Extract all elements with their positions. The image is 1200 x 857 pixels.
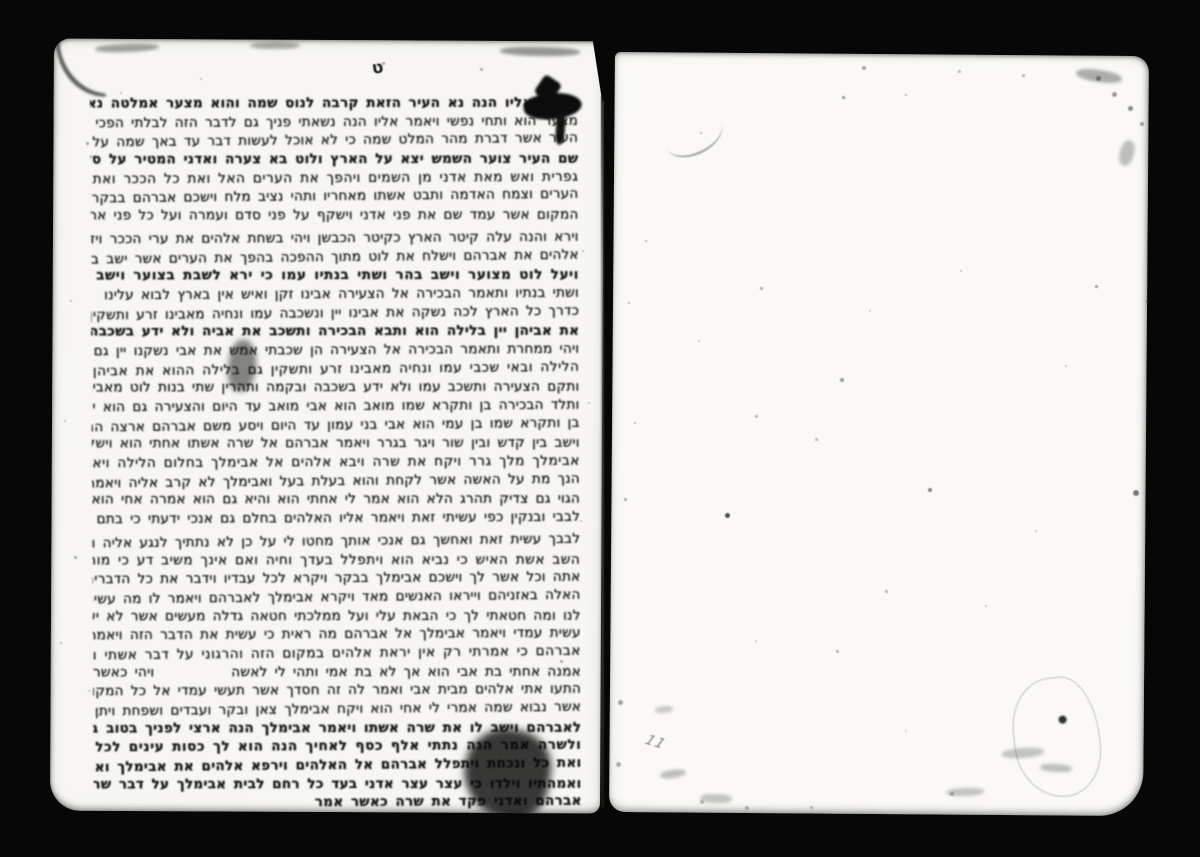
handwritten-text-block: ויאמר אליו הנה נא העיר הזאת קרבה לנוס שמ… bbox=[90, 93, 582, 814]
speck bbox=[1128, 106, 1133, 111]
speck bbox=[700, 132, 702, 134]
speck bbox=[1095, 285, 1098, 288]
speck bbox=[1133, 490, 1139, 496]
speck bbox=[634, 422, 636, 424]
text-line: אשר נבוא שמה אמרי לי אחי הוא ויקח אבימלך… bbox=[93, 698, 581, 721]
speck bbox=[928, 488, 932, 492]
text-line: וישב בין קדש ובין שור ויגר בגרר ויאמר אב… bbox=[92, 434, 580, 454]
text-line: לבבי ובנקין כפי עשיתי זאת ויאמר אליו האל… bbox=[92, 508, 580, 529]
text-line: ותקם הצעירה ותשכב עמו ולא ידע בשכבה ובקמ… bbox=[91, 378, 579, 398]
speck bbox=[760, 287, 763, 290]
speck bbox=[60, 642, 62, 644]
speck bbox=[88, 690, 90, 692]
speck bbox=[1140, 122, 1144, 126]
text-line: הגוי גם צדיק תהרג הלא הוא אמר לי אחתי הו… bbox=[92, 490, 580, 510]
text-line: אברהם כי אמרתי רק אין יראת אלהים במקום ה… bbox=[93, 642, 581, 665]
speck bbox=[86, 142, 89, 145]
speck bbox=[582, 250, 584, 252]
speck bbox=[1146, 300, 1149, 303]
speck bbox=[645, 240, 647, 242]
speck bbox=[1065, 365, 1067, 367]
speck bbox=[1035, 530, 1037, 532]
speck bbox=[725, 513, 730, 518]
speck bbox=[885, 590, 888, 593]
speck bbox=[382, 62, 385, 65]
speck bbox=[842, 96, 845, 99]
speck bbox=[74, 556, 77, 559]
speck bbox=[616, 762, 621, 767]
right-blank-page: 11 bbox=[609, 52, 1149, 816]
text-line: השב אשת האיש כי נביא הוא ויתפלל בעדך וחי… bbox=[92, 550, 580, 570]
text-line: אמנה אחתי בת אבי הוא אך לא בת אמי ותהי ל… bbox=[93, 662, 581, 682]
speck bbox=[120, 92, 122, 94]
speck bbox=[862, 66, 866, 70]
gutter-fold-line bbox=[601, 96, 604, 808]
text-line: את אביהן יין בלילה הוא ותבא הבכירה ותשכב… bbox=[91, 322, 579, 342]
speck bbox=[810, 806, 813, 809]
speck bbox=[960, 270, 962, 272]
speck bbox=[480, 68, 483, 71]
smear bbox=[250, 42, 300, 49]
speck bbox=[905, 94, 907, 96]
speck bbox=[905, 730, 907, 732]
folio-mark: ט bbox=[371, 58, 385, 79]
speck bbox=[869, 310, 871, 312]
speck bbox=[698, 340, 700, 342]
text-line: לבבך עשית זאת ואחשך גם אנכי אותך מחטו לי… bbox=[92, 530, 580, 553]
speck bbox=[1112, 92, 1117, 97]
text-line: ויעל לוט מצוער וישב בהר ושתי בנתיו עמו כ… bbox=[91, 266, 579, 286]
speck bbox=[560, 660, 563, 663]
faint-scribble-outline bbox=[1007, 673, 1106, 802]
speck bbox=[755, 415, 758, 418]
speck bbox=[628, 302, 630, 304]
speck bbox=[985, 605, 987, 607]
left-manuscript-page: ט ויאמר אליו הנה נא העיר הזאת קרבה לנוס … bbox=[50, 39, 604, 814]
speck bbox=[836, 650, 839, 653]
text-line: המקום אשר עמד שם את פני אדני וישקף על פנ… bbox=[91, 206, 579, 226]
text-line: האלה באזניהם וייראו האנשים מאד ויקרא אבי… bbox=[93, 586, 581, 609]
text-line: לנו ומה חטאתי לך כי הבאת עלי ועל ממלכתי … bbox=[93, 606, 581, 626]
speck bbox=[840, 378, 844, 382]
speck bbox=[580, 520, 582, 522]
speck bbox=[64, 420, 66, 422]
speck bbox=[958, 70, 961, 73]
ink-dot bbox=[1058, 715, 1067, 724]
text-line: שם העיר צוער השמש יצא על הארץ ולוט בא צע… bbox=[90, 150, 578, 170]
speck bbox=[755, 640, 757, 642]
speck bbox=[624, 498, 627, 501]
speck bbox=[200, 78, 202, 80]
speck bbox=[745, 806, 749, 810]
speck bbox=[618, 700, 623, 705]
speck bbox=[815, 438, 818, 441]
speck bbox=[1022, 74, 1025, 77]
book-scan-background: ט ויאמר אליו הנה נא העיר הזאת קרבה לנוס … bbox=[0, 0, 1200, 857]
speck bbox=[588, 402, 590, 404]
scratch-mark bbox=[660, 108, 729, 164]
page-number-annotation: 11 bbox=[642, 732, 669, 752]
text-line: ויאמר אליו הנה נא העיר הזאת קרבה לנוס שמ… bbox=[90, 94, 578, 114]
speck bbox=[70, 300, 72, 302]
